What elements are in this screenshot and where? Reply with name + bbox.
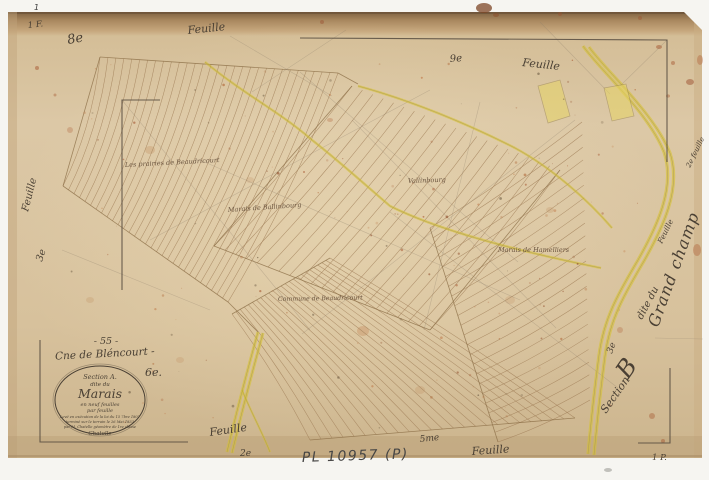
foxing-stain	[54, 94, 57, 97]
ink-speck	[403, 278, 404, 279]
ink-speck	[154, 308, 156, 310]
ink-speck	[277, 172, 280, 175]
ink-speck	[572, 60, 573, 61]
sheet-number-bottom-left: 2e	[239, 449, 251, 459]
ink-speck	[391, 185, 394, 188]
ink-speck	[446, 216, 449, 219]
ink-speck	[505, 407, 506, 408]
ink-speck	[312, 314, 314, 316]
foxing-stain	[327, 118, 333, 122]
foxing-stain	[493, 13, 499, 17]
ink-speck	[440, 336, 443, 339]
foxing-stain	[357, 326, 369, 336]
ink-speck	[272, 131, 274, 133]
ink-speck	[538, 367, 541, 370]
ink-speck	[195, 223, 196, 224]
ink-speck	[116, 226, 117, 227]
ink-speck	[423, 216, 425, 218]
ink-speck	[263, 95, 265, 97]
ink-speck	[71, 271, 73, 273]
ink-speck	[330, 211, 331, 212]
ink-speck	[370, 234, 372, 236]
ink-speck	[257, 257, 258, 258]
ink-speck	[228, 147, 230, 149]
ink-speck	[482, 396, 485, 399]
ink-speck	[563, 98, 565, 100]
ink-speck	[371, 385, 373, 387]
foxing-stain	[476, 3, 492, 13]
ink-speck	[557, 203, 558, 204]
foxing-stain	[686, 79, 694, 85]
ink-speck	[286, 312, 288, 314]
foxing-stain	[661, 439, 665, 443]
ink-speck	[271, 290, 273, 292]
ink-speck	[477, 394, 479, 396]
map-place-label: Commune de Beaudricourt	[278, 295, 363, 303]
ink-speck	[91, 118, 92, 119]
ink-speck	[171, 334, 173, 336]
foxing-stain	[67, 127, 73, 133]
ink-speck	[97, 139, 98, 140]
ink-speck	[552, 163, 553, 164]
ink-speck	[128, 391, 131, 394]
ink-speck	[212, 417, 213, 418]
ink-speck	[175, 319, 176, 320]
ink-speck	[506, 393, 507, 394]
ink-speck	[539, 304, 541, 306]
ink-speck	[254, 284, 256, 286]
ink-speck	[432, 188, 435, 191]
ink-speck	[499, 197, 502, 200]
ink-speck	[101, 208, 102, 209]
ink-speck	[508, 153, 509, 154]
ink-speck	[161, 398, 164, 401]
ink-speck	[222, 84, 225, 87]
ink-speck	[380, 342, 382, 344]
ink-speck	[521, 394, 523, 396]
ink-speck	[400, 175, 401, 176]
map-place-label: Marais de Hamelliers	[497, 246, 570, 254]
ink-speck	[208, 122, 210, 124]
ink-speck	[326, 159, 328, 161]
cartouche-note-1: Levé en exécution de la loi du 15 7bre 1…	[59, 415, 141, 419]
ink-speck	[431, 141, 433, 143]
ink-speck	[584, 288, 587, 291]
ink-speck	[469, 374, 471, 376]
ink-speck	[162, 294, 165, 297]
ink-speck	[601, 121, 604, 124]
cartouche-note-2: terminé sur le terrain le 26 Mai 1833	[66, 420, 135, 424]
ink-speck	[400, 318, 403, 321]
ink-speck	[623, 250, 625, 252]
ink-speck	[601, 212, 603, 214]
foxing-stain	[320, 20, 324, 24]
foxing-stain	[697, 55, 703, 65]
foxing-stain	[638, 16, 642, 20]
ink-speck	[329, 79, 332, 82]
ink-speck	[401, 249, 404, 252]
ink-speck	[570, 101, 572, 103]
ink-speck	[152, 363, 154, 365]
ink-speck	[539, 278, 540, 279]
ink-speck	[529, 282, 531, 284]
ink-speck	[428, 273, 430, 275]
ink-speck	[272, 166, 273, 167]
ink-speck	[567, 81, 569, 83]
sheet-number-bottom-center: 5me	[419, 433, 440, 445]
ink-speck	[318, 192, 319, 193]
ink-speck	[253, 200, 254, 201]
ink-speck	[107, 254, 108, 255]
ink-speck	[303, 171, 305, 173]
scanned-cadastral-map-sheet: Les prairies de BeaudricourtMarais de Ba…	[0, 0, 709, 480]
ink-speck	[256, 296, 257, 297]
corner-page-number: 1	[34, 3, 39, 12]
ink-speck	[507, 270, 508, 271]
ink-speck	[421, 77, 423, 79]
ink-speck	[164, 413, 165, 414]
ink-speck	[543, 305, 545, 307]
ink-speck	[179, 371, 180, 372]
ink-speck	[357, 342, 358, 343]
cartouche-par-feuille: par feuille	[87, 408, 113, 414]
ink-speck	[598, 154, 600, 156]
foxing-stain	[649, 413, 655, 419]
ink-speck	[498, 313, 500, 315]
cartouche-signature: Chatelle	[88, 431, 112, 437]
ink-speck	[266, 170, 268, 172]
foxing-stain	[176, 357, 184, 363]
ink-speck	[500, 216, 502, 218]
ink-speck	[232, 405, 235, 408]
foxing-stain	[86, 297, 94, 303]
ink-speck	[458, 253, 460, 255]
ink-speck	[259, 290, 261, 292]
ink-speck	[142, 402, 144, 404]
ink-speck	[394, 213, 396, 215]
ink-speck	[488, 302, 490, 304]
ink-speck	[264, 70, 266, 72]
ink-speck	[454, 265, 455, 266]
ink-speck	[473, 245, 474, 246]
ink-speck	[262, 298, 263, 299]
foxing-stain	[35, 66, 39, 70]
ink-speck	[567, 165, 568, 166]
ink-speck	[537, 73, 540, 76]
foxing-stain	[693, 244, 701, 256]
ink-speck	[618, 309, 619, 310]
foxing-stain	[671, 61, 675, 65]
sheet-number-top-left: 8e	[66, 30, 85, 48]
cartouche-sheet-note: 6e.	[145, 366, 162, 379]
ink-speck	[477, 204, 479, 206]
ink-speck	[634, 89, 636, 91]
corner-mark-top-left: 1 F.	[27, 19, 43, 31]
ink-speck	[572, 256, 575, 259]
ink-speck	[133, 121, 135, 123]
ink-speck	[368, 227, 370, 229]
ink-speck	[245, 115, 246, 116]
map-place-label: Vallinbourg	[408, 176, 446, 185]
foxing-stain	[604, 468, 612, 472]
ink-speck	[524, 174, 527, 177]
ink-speck	[181, 288, 182, 289]
ink-speck	[457, 371, 459, 373]
ink-speck	[379, 63, 381, 65]
foxing-stain	[617, 327, 623, 333]
ink-speck	[206, 360, 207, 361]
ink-speck	[591, 202, 592, 203]
ink-speck	[515, 161, 518, 164]
ink-speck	[545, 214, 548, 217]
ink-speck	[575, 115, 576, 116]
foxing-stain	[558, 12, 562, 16]
ink-speck	[513, 174, 515, 176]
cartouche-note-3: par M. Chatelle géomètre de 1re classe	[64, 425, 136, 429]
ink-speck	[461, 103, 462, 104]
ink-speck	[554, 209, 557, 212]
ink-speck	[516, 107, 518, 109]
ink-speck	[612, 146, 614, 148]
ink-speck	[474, 306, 476, 308]
ink-speck	[91, 112, 93, 114]
ink-speck	[342, 158, 343, 159]
ink-speck	[539, 158, 540, 159]
cartouche-number: - 55 -	[94, 336, 119, 347]
ink-speck	[541, 337, 543, 339]
feuille-label-bottom-center: Feuille	[470, 442, 510, 458]
ink-speck	[83, 111, 86, 114]
ink-speck	[397, 214, 398, 215]
ink-speck	[436, 379, 437, 380]
ink-speck	[194, 89, 195, 90]
ink-speck	[110, 64, 111, 65]
cartouche-section-name: Marais	[77, 386, 122, 401]
ink-speck	[560, 338, 562, 340]
ink-speck	[240, 256, 243, 259]
ink-speck	[473, 386, 474, 387]
ink-speck	[347, 211, 348, 212]
ink-speck	[577, 263, 579, 265]
ink-speck	[525, 184, 527, 186]
ink-speck	[637, 203, 638, 204]
cartouche-section: Section A.	[83, 373, 117, 381]
ink-speck	[337, 376, 340, 379]
ink-speck	[329, 94, 331, 96]
ink-speck	[430, 396, 433, 399]
ink-speck	[376, 222, 379, 225]
ink-speck	[455, 284, 457, 286]
ink-speck	[379, 427, 381, 429]
sheet-number-top-right: 9e	[449, 53, 462, 65]
ink-speck	[334, 217, 335, 218]
ink-speck	[499, 338, 500, 339]
corner-mark-bottom-right: 1 P.	[652, 453, 667, 463]
ink-speck	[123, 159, 125, 161]
ink-speck	[95, 68, 97, 70]
ink-speck	[505, 415, 507, 417]
ink-speck	[386, 245, 388, 247]
ink-speck	[562, 291, 564, 293]
